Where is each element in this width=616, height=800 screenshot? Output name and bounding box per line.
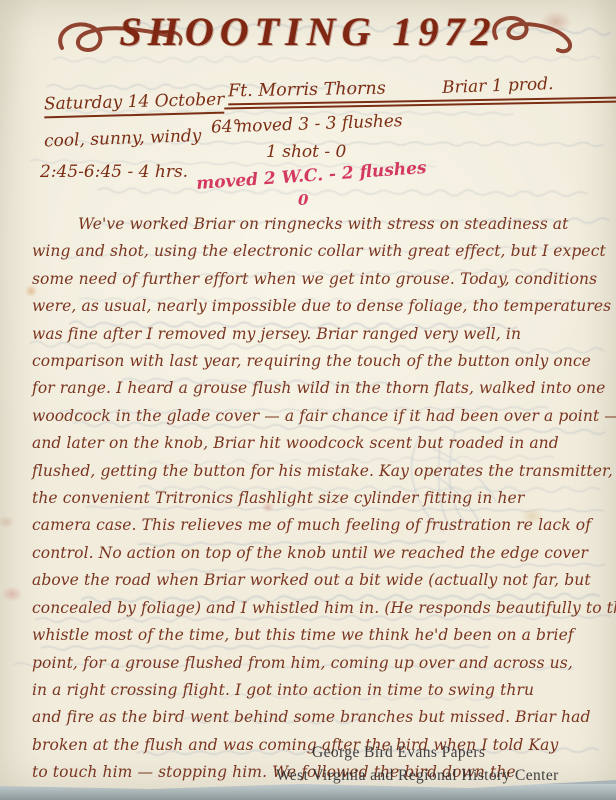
journal-line: wing and shot, using the electronic coll… (32, 238, 594, 265)
journal-line: flushed, getting the button for his mist… (32, 458, 594, 485)
journal-line: was fine after I removed my jersey. Bria… (32, 321, 594, 348)
journal-line: control. No action on top of the knob un… (32, 540, 594, 567)
journal-line: whistle most of the time, but this time … (32, 622, 594, 649)
journal-text: We've worked Briar on ringnecks with str… (32, 211, 594, 787)
entry-hours: 2:45-6:45 - 4 hrs. (40, 162, 188, 182)
journal-line: above the road when Briar worked out a b… (32, 567, 594, 594)
dog-name-note: Briar 1 prod. (442, 74, 554, 98)
journal-line: camera case. This relieves me of much fe… (32, 512, 594, 539)
journal-line: comparison with last year, requiring the… (32, 348, 594, 375)
journal-line: point, for a grouse flushed from him, co… (32, 650, 594, 677)
watermark-line2: West Virginia and Regional History Cente… (276, 767, 559, 785)
weather-conditions: cool, sunny, windy (44, 126, 202, 151)
journal-line: and fire as the bird went behind some br… (32, 704, 594, 731)
game-tally-shot: 1 shot - 0 (266, 142, 346, 162)
entry-location: Ft. Morris Thorns (228, 71, 616, 106)
page-title: SHOOTING 1972 (0, 8, 616, 55)
scanner-background-strip (0, 786, 616, 800)
journal-line: woodcock in the glade cover — a fair cha… (32, 403, 594, 430)
journal-line: some need of further effort when we get … (32, 266, 594, 293)
journal-line: were, as usual, nearly impossible due to… (32, 293, 594, 320)
journal-line: and later on the knob, Briar hit woodcoc… (32, 430, 594, 457)
journal-line: We've worked Briar on ringnecks with str… (32, 211, 594, 238)
entry-date: Saturday 14 October (44, 90, 225, 119)
game-tally-moved: moved 3 - 3 flushes (236, 111, 403, 137)
woodcock-tally-red-ink: moved 2 W.C. - 2 flushes (196, 158, 428, 194)
journal-line: in a right crossing flight. I got into a… (32, 677, 594, 704)
woodcock-tally-red-sub: 0 (298, 191, 308, 209)
journal-line: concealed by foliage) and I whistled him… (32, 595, 594, 622)
watermark-line1: George Bird Evans Papers (312, 744, 485, 762)
journal-line: the convenient Tritronics flashlight siz… (32, 485, 594, 512)
journal-line: for range. I heard a grouse flush wild i… (32, 375, 594, 402)
weather-row: cool, sunny, windy64° (44, 125, 242, 152)
journal-page: SHOOTING 1972 Saturday 14 October cool, … (0, 0, 616, 793)
